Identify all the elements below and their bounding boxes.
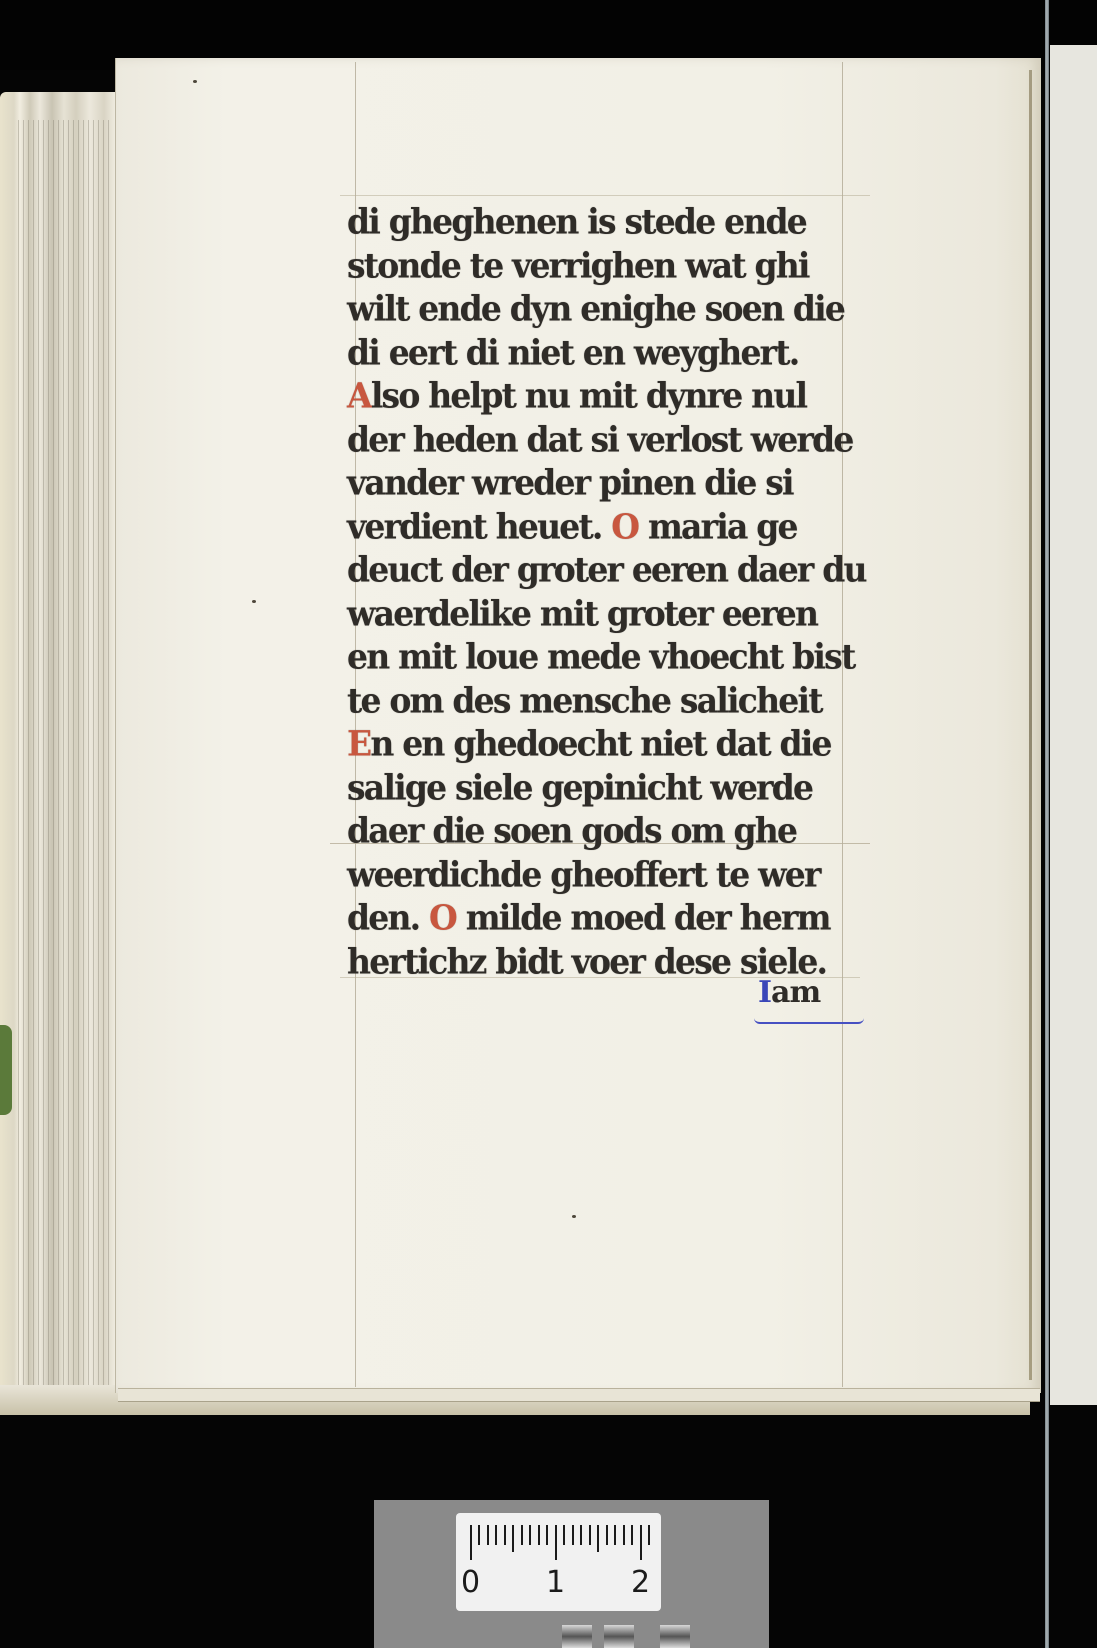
rubricated-initial: A xyxy=(347,375,371,416)
text-line: En en ghedoecht niet dat die xyxy=(347,721,867,767)
tick xyxy=(580,1525,582,1545)
tick-major xyxy=(555,1525,557,1560)
tick-half xyxy=(597,1525,599,1552)
text-block: di gheghenen is stede ende stonde te ver… xyxy=(347,200,867,983)
facing-page xyxy=(1050,45,1097,1405)
text-line: daer die soen gods om ghe xyxy=(347,808,867,854)
page-bottom-edge xyxy=(118,1388,1040,1402)
tick-half xyxy=(512,1525,514,1552)
tick xyxy=(563,1525,565,1545)
page-mark xyxy=(193,80,197,83)
tick xyxy=(606,1525,608,1545)
clip xyxy=(604,1625,634,1648)
page-edge-stripes xyxy=(18,120,113,1400)
text-line: verdient heuet. O maria ge xyxy=(347,503,867,549)
text-line: weerdichde gheoffert te wer xyxy=(347,851,867,897)
scale-ruler: 0 1 2 xyxy=(456,1513,661,1611)
text-line: vander wreder pinen die si xyxy=(347,460,867,506)
tick xyxy=(529,1525,531,1545)
text-line: waerdelike mit groter eeren xyxy=(347,590,867,636)
text-line: Also helpt nu mit dynre nul xyxy=(347,373,867,419)
text-line: te om des mensche salicheit xyxy=(347,677,867,723)
tick xyxy=(478,1525,480,1545)
tick xyxy=(521,1525,523,1545)
clip xyxy=(660,1625,690,1648)
text-line: salige siele gepinicht werde xyxy=(347,764,867,810)
tick xyxy=(487,1525,489,1545)
tick xyxy=(572,1525,574,1545)
text-line: den. O milde moed der herm xyxy=(347,895,867,941)
rubricated-initial: O xyxy=(429,897,456,938)
tick xyxy=(623,1525,625,1545)
catchword-flourish xyxy=(754,1018,864,1024)
catchword: Iam xyxy=(758,975,820,1010)
page-mark xyxy=(572,1215,576,1218)
text-line: di eert di niet en weyghert. xyxy=(347,329,867,375)
text-line: stonde te verrighen wat ghi xyxy=(347,242,867,288)
text-line: en mit loue mede vhoecht bist xyxy=(347,634,867,680)
tick xyxy=(648,1525,650,1545)
catchword-initial: I xyxy=(758,975,771,1010)
tick xyxy=(614,1525,616,1545)
text-line: di gheghenen is stede ende xyxy=(347,199,867,245)
text-line: der heden dat si verlost werde xyxy=(347,416,867,462)
ruling-top xyxy=(340,195,870,196)
text-line: deuct der groter eeren daer du xyxy=(347,547,867,593)
tick-major xyxy=(640,1525,642,1560)
tick xyxy=(495,1525,497,1545)
green-cloth-support xyxy=(0,1025,12,1115)
tick-major xyxy=(470,1525,472,1560)
page-mark xyxy=(252,600,256,603)
gutter-crease xyxy=(1029,70,1032,1380)
rubricated-initial: E xyxy=(347,723,370,764)
scale-label-0: 0 xyxy=(461,1565,480,1600)
rubricated-initial: O xyxy=(611,506,638,547)
tick xyxy=(589,1525,591,1545)
tick xyxy=(546,1525,548,1545)
tick xyxy=(631,1525,633,1545)
scale-label-1: 1 xyxy=(546,1565,565,1600)
glass-plate-edge xyxy=(1045,0,1049,1648)
tick xyxy=(504,1525,506,1545)
tick xyxy=(538,1525,540,1545)
scale-label-2: 2 xyxy=(631,1565,650,1600)
text-line: wilt ende dyn enighe soen die xyxy=(347,286,867,332)
clip xyxy=(562,1625,592,1648)
